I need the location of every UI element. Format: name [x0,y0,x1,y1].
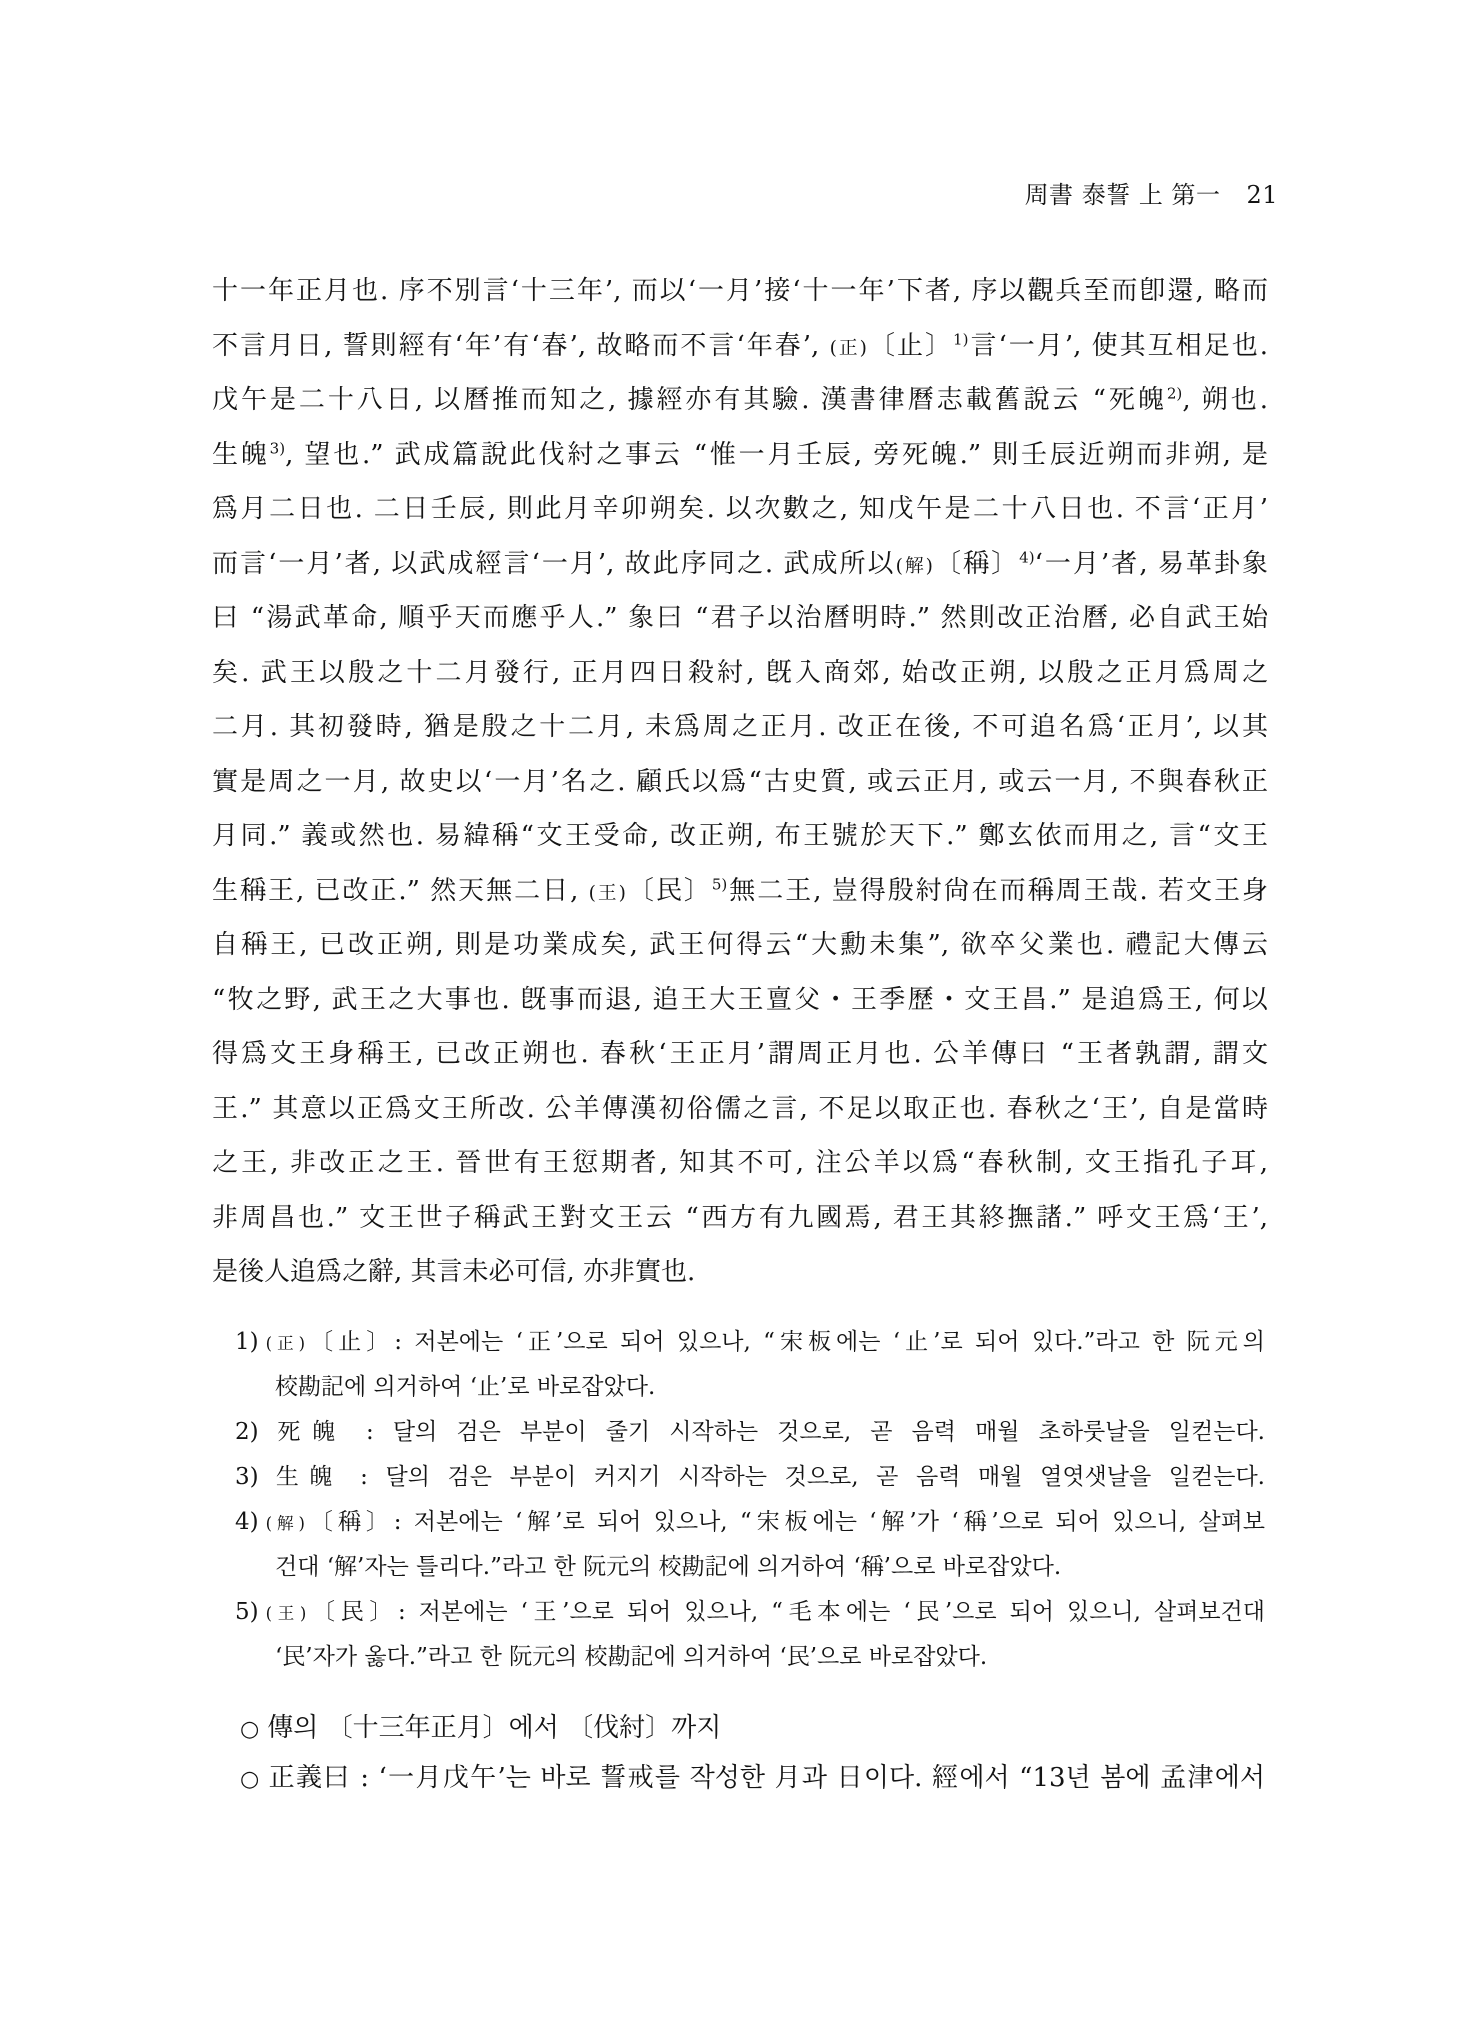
footnote-number: 5) [235,1599,259,1625]
text-line-8: 矣. 武王以殷之十二月發行, 正月四日殺紂, 旣入商郊, 始改正朔, 以殷之正月… [212,646,1268,701]
text-line-5: 爲月二日也. 二日壬辰, 則此月辛卯朔矣. 以次數之, 知戊午是二十八日也. 不… [212,482,1268,537]
text-line-7: 曰 “湯武革命, 順乎天而應乎人.” 象曰 “君子以治曆明時.” 然則改正治曆,… [212,591,1268,646]
original-reading: (王) [589,883,626,904]
text-line-11: 月同.” 義或然也. 易緯稱“文王受命, 改正朔, 布王號於天下.” 鄭玄依而用… [212,809,1268,864]
original-reading: (王) [266,1604,307,1623]
footnote-text: 〔止〕: 저본에는 ‘正’으로 되어 있으나, “宋板에는 ‘止’로 되어 있다… [305,1329,1265,1355]
footnote-number: 3) [235,1464,259,1490]
corrected-reading: 〔民〕 [626,876,712,906]
text-line-2: 不言月日, 誓則經有‘年’有‘春’, 故略而不言‘年春’, (正)〔止〕1)言‘… [212,319,1268,374]
footnote-1: 1)(正)〔止〕: 저본에는 ‘正’으로 되어 있으나, “宋板에는 ‘止’로 … [235,1320,1265,1410]
footnote-ref-4: 4) [1019,548,1034,566]
text-segment: , 朔也. [1182,385,1268,415]
running-title: 周書 泰誓 上 第一 [1025,181,1221,209]
text-segment: 而言‘一月’者, 以武成經言‘一月’, 故此序同之. 武成所以 [212,549,896,579]
footnote-line: 4)(解)〔稱〕: 저본에는 ‘解’로 되어 있으나, “宋板에는 ‘解’가 ‘… [235,1500,1265,1545]
translation-sections: ○傳의 〔十三年正月〕에서 〔伐紂〕까지 ○正義曰 : ‘一月戊午’는 바로 誓… [240,1703,1265,1803]
footnote-number: 4) [235,1509,259,1535]
text-line-17: 之王, 非改正之王. 晉世有王愆期者, 知其不可, 注公羊以爲“春秋制, 文王指… [212,1136,1268,1191]
original-reading: (正) [830,338,867,359]
footnote-line: 건대 ‘解’자는 틀리다.”라고 한 阮元의 校勘記에 의거하여 ‘稱’으로 바… [235,1545,1265,1590]
page-number: 21 [1246,181,1278,209]
original-reading: (解) [266,1514,305,1533]
footnote-text: 死魄 : 달의 검은 부분이 줄기 시작하는 것으로, 곧 음력 매월 초하룻날… [266,1419,1265,1445]
section-heading: ○傳의 〔十三年正月〕에서 〔伐紂〕까지 [240,1703,1265,1753]
text-line-12: 生稱王, 已改正.” 然天無二日, (王)〔民〕5)無二王, 豈得殷紂尙在而稱周… [212,864,1268,919]
footnote-text: ‘民’자가 옳다.”라고 한 阮元의 校勘記에 의거하여 ‘民’으로 바로잡았다… [275,1644,987,1670]
text-line-13: 自稱王, 已改正朔, 則是功業成矣, 武王何得云“大勳未集”, 欲卒父業也. 禮… [212,918,1268,973]
text-segment: 之王, 非改正之王. 晉世有王愆期者, 知其不可, 注公羊以爲“春秋制, 文王指… [212,1148,1268,1178]
text-line-14: “牧之野, 武王之大事也. 旣事而退, 追王大王亶父・王季歷・文王昌.” 是追爲… [212,973,1268,1028]
footnote-4: 4)(解)〔稱〕: 저본에는 ‘解’로 되어 있으나, “宋板에는 ‘解’가 ‘… [235,1500,1265,1590]
footnote-number: 1) [235,1329,259,1355]
footnote-text: 校勘記에 의거하여 ‘止’로 바로잡았다. [275,1374,655,1400]
text-segment: ‘一月’者, 易革卦象 [1035,549,1268,579]
text-segment: 不言月日, 誓則經有‘年’有‘春’, 故略而不言‘年春’, [212,331,830,361]
original-reading: (解) [896,556,933,577]
footnote-5: 5)(王)〔民〕: 저본에는 ‘王’으로 되어 있으나, “毛本에는 ‘民’으로… [235,1590,1265,1680]
text-segment: 矣. 武王以殷之十二月發行, 正月四日殺紂, 旣入商郊, 始改正朔, 以殷之正月… [212,658,1268,688]
text-segment: 生魄 [212,440,270,470]
running-head: 周書 泰誓 上 第一21 [1025,180,1278,210]
text-line-19: 是後人追爲之辭, 其言未必可信, 亦非實也. [212,1245,1268,1300]
footnote-line: 5)(王)〔民〕: 저본에는 ‘王’으로 되어 있으나, “毛本에는 ‘民’으로… [235,1590,1265,1635]
text-segment: 生稱王, 已改正.” 然天無二日, [212,876,589,906]
text-segment: “牧之野, 武王之大事也. 旣事而退, 追王大王亶父・王季歷・文王昌.” 是追爲… [212,985,1268,1015]
text-segment: 言‘一月’, 使其互相足也. [968,331,1268,361]
text-line-1: 十一年正月也. 序不別言‘十三年’, 而以‘一月’接‘十一年’下者, 序以觀兵至… [212,264,1268,319]
text-segment: , 望也.” 武成篇說此伐紂之事云 “惟一月壬辰, 旁死魄.” 則壬辰近朔而非朔… [285,440,1268,470]
footnote-text: 건대 ‘解’자는 틀리다.”라고 한 阮元의 校勘記에 의거하여 ‘稱’으로 바… [275,1554,1061,1580]
text-segment: 自稱王, 已改正朔, 則是功業成矣, 武王何得云“大勳未集”, 欲卒父業也. 禮… [212,930,1268,960]
footnote-line: 校勘記에 의거하여 ‘止’로 바로잡았다. [235,1365,1265,1410]
footnote-line: 1)(正)〔止〕: 저본에는 ‘正’으로 되어 있으나, “宋板에는 ‘止’로 … [235,1320,1265,1365]
footnote-ref-2: 2) [1167,385,1182,403]
corrected-reading: 〔稱〕 [933,549,1019,579]
text-segment: 戊午是二十八日, 以曆推而知之, 據經亦有其驗. 漢書律曆志載舊說云 “死魄 [212,385,1167,415]
text-segment: 得爲文王身稱王, 已改正朔也. 春秋‘王正月’謂周正月也. 公羊傳曰 “王者孰謂… [212,1039,1268,1069]
text-segment: 曰 “湯武革命, 順乎天而應乎人.” 象曰 “君子以治曆明時.” 然則改正治曆,… [212,603,1268,633]
section-text: 正義曰 : ‘一月戊午’는 바로 誓戒를 작성한 月과 日이다. 經에서 “13… [269,1763,1265,1793]
footnote-ref-1: 1) [953,330,968,348]
section-text: 傳의 〔十三年正月〕에서 〔伐紂〕까지 [267,1713,721,1743]
book-page: 周書 泰誓 上 第一21 十一年正月也. 序不別言‘十三年’, 而以‘一月’接‘… [0,0,1480,2024]
footnote-line: ‘民’자가 옳다.”라고 한 阮元의 校勘記에 의거하여 ‘民’으로 바로잡았다… [235,1635,1265,1680]
footnote-line: 2)死魄 : 달의 검은 부분이 줄기 시작하는 것으로, 곧 음력 매월 초하… [235,1410,1265,1455]
footnote-ref-5: 5) [712,875,727,893]
text-segment: 非周昌也.” 文王世子稱武王對文王云 “西方有九國焉, 君王其終撫諸.” 呼文王… [212,1203,1268,1233]
text-line-16: 王.” 其意以正爲文王所改. 公羊傳漢初俗儒之言, 不足以取正也. 春秋之‘王’… [212,1082,1268,1137]
footnote-line: 3)生魄 : 달의 검은 부분이 커지기 시작하는 것으로, 곧 음력 매월 열… [235,1455,1265,1500]
text-line-10: 實是周之一月, 故史以‘一月’名之. 顧氏以爲“古史質, 或云正月, 或云一月,… [212,755,1268,810]
text-segment: 無二王, 豈得殷紂尙在而稱周王哉. 若文王身 [727,876,1268,906]
original-reading: (正) [266,1334,306,1353]
text-line-15: 得爲文王身稱王, 已改正朔也. 春秋‘王正月’謂周正月也. 公羊傳曰 “王者孰謂… [212,1027,1268,1082]
text-segment: 王.” 其意以正爲文王所改. 公羊傳漢初俗儒之言, 不足以取正也. 春秋之‘王’… [212,1094,1268,1124]
section-paragraph: ○正義曰 : ‘一月戊午’는 바로 誓戒를 작성한 月과 日이다. 經에서 “1… [240,1753,1265,1803]
footnotes: 1)(正)〔止〕: 저본에는 ‘正’으로 되어 있으나, “宋板에는 ‘止’로 … [235,1320,1265,1680]
footnote-text: 〔稱〕: 저본에는 ‘解’로 되어 있으나, “宋板에는 ‘解’가 ‘稱’으로 … [305,1509,1265,1535]
text-line-9: 二月. 其初發時, 猶是殷之十二月, 未爲周之正月. 改正在後, 不可追名爲‘正… [212,700,1268,755]
circle-bullet-icon: ○ [240,1766,261,1792]
text-segment: 月同.” 義或然也. 易緯稱“文王受命, 改正朔, 布王號於天下.” 鄭玄依而用… [212,821,1268,851]
footnote-number: 2) [235,1419,259,1445]
footnote-3: 3)生魄 : 달의 검은 부분이 커지기 시작하는 것으로, 곧 음력 매월 열… [235,1455,1265,1500]
text-line-18: 非周昌也.” 文王世子稱武王對文王云 “西方有九國焉, 君王其終撫諸.” 呼文王… [212,1191,1268,1246]
footnote-text: 〔民〕: 저본에는 ‘王’으로 되어 있으나, “毛本에는 ‘民’으로 되어 있… [306,1599,1265,1625]
text-segment: 實是周之一月, 故史以‘一月’名之. 顧氏以爲“古史質, 或云正月, 或云一月,… [212,767,1268,797]
footnote-2: 2)死魄 : 달의 검은 부분이 줄기 시작하는 것으로, 곧 음력 매월 초하… [235,1410,1265,1455]
footnote-text: 生魄 : 달의 검은 부분이 커지기 시작하는 것으로, 곧 음력 매월 열엿샛… [266,1464,1265,1490]
text-line-4: 生魄3), 望也.” 武成篇說此伐紂之事云 “惟一月壬辰, 旁死魄.” 則壬辰近… [212,428,1268,483]
text-line-6: 而言‘一月’者, 以武成經言‘一月’, 故此序同之. 武成所以(解)〔稱〕4)‘… [212,537,1268,592]
text-segment: 爲月二日也. 二日壬辰, 則此月辛卯朔矣. 以次數之, 知戊午是二十八日也. 不… [212,494,1268,524]
corrected-reading: 〔止〕 [867,331,953,361]
text-line-3: 戊午是二十八日, 以曆推而知之, 據經亦有其驗. 漢書律曆志載舊說云 “死魄2)… [212,373,1268,428]
main-text: 十一年正月也. 序不別言‘十三年’, 而以‘一月’接‘十一年’下者, 序以觀兵至… [212,264,1268,1300]
footnote-ref-3: 3) [270,439,285,457]
text-segment: 二月. 其初發時, 猶是殷之十二月, 未爲周之正月. 改正在後, 不可追名爲‘正… [212,712,1268,742]
text-segment: 是後人追爲之辭, 其言未必可信, 亦非實也. [212,1257,695,1287]
circle-bullet-icon: ○ [240,1716,259,1742]
text-segment: 十一年正月也. 序不別言‘十三年’, 而以‘一月’接‘十一年’下者, 序以觀兵至… [212,276,1268,306]
